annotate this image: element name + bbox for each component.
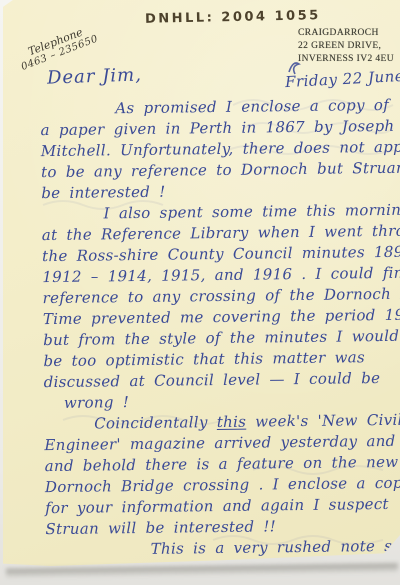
salutation: Dear Jim, xyxy=(47,64,143,88)
letterhead-address: CRAIGDARROCH 22 GREEN DRIVE, INVERNESS I… xyxy=(298,27,394,66)
letterhead-city: INVERNESS IV2 4EU xyxy=(298,53,394,66)
letter-date: Friday 22 June xyxy=(285,67,400,91)
scanned-letter: DNHLL: 2004 1055 CRAIGDARROCH 22 GREEN D… xyxy=(0,0,400,585)
letter-line: This is a very rushed note so excuse xyxy=(46,536,398,561)
letterhead-street: 22 GREEN DRIVE, xyxy=(298,40,394,53)
letter-line: for your information and again I suspect xyxy=(45,494,397,519)
letter-paper: DNHLL: 2004 1055 CRAIGDARROCH 22 GREEN D… xyxy=(3,0,400,574)
letterhead-house: CRAIGDARROCH xyxy=(298,27,394,40)
accession-annotation: DNHLL: 2004 1055 xyxy=(145,8,321,27)
paper-edge-shadow xyxy=(6,563,398,578)
letter-line: discussed at Council level — I could be xyxy=(44,368,396,393)
letter-line: to be any reference to Dornoch but Strua… xyxy=(41,158,393,183)
letter-body: As promised I enclose a copy of a paper … xyxy=(40,95,398,561)
